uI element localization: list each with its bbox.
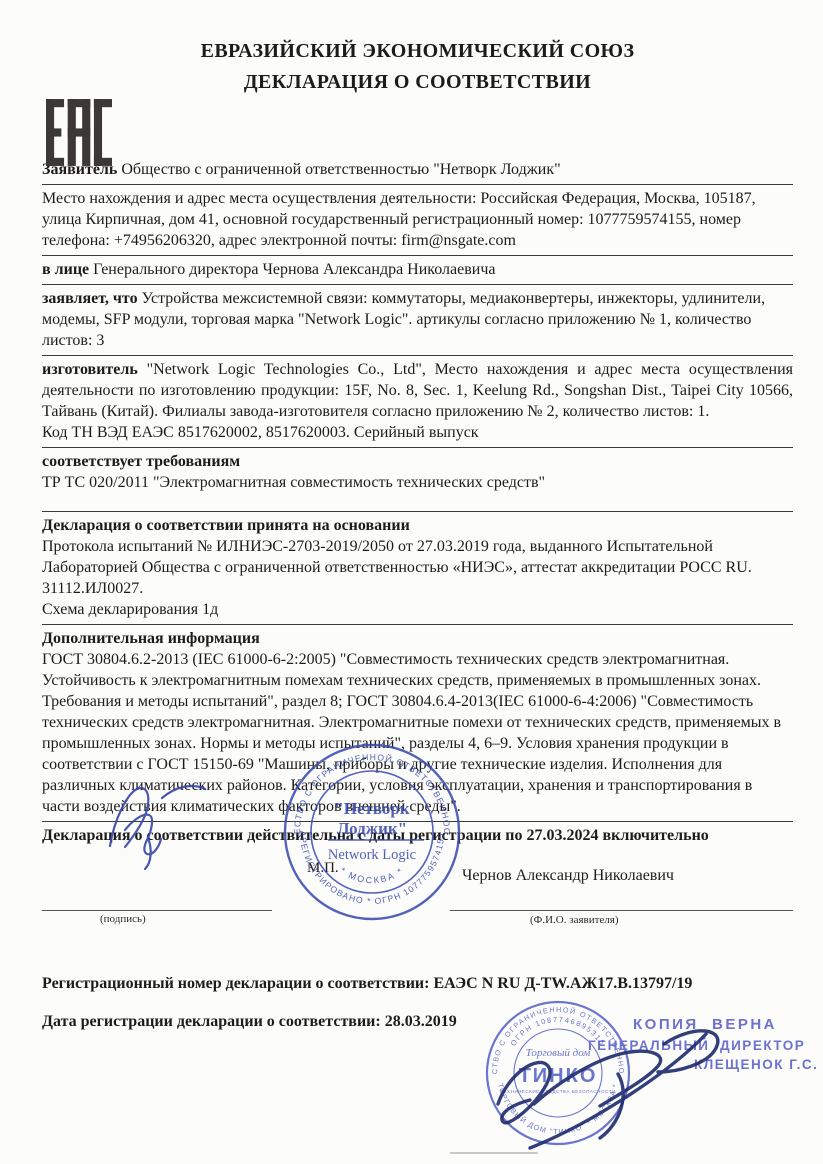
fio-caption: (Ф.И.О. заявителя): [530, 914, 619, 926]
company-round-stamp: ОБЩЕСТВО С ОГРАНИЧЕННОЙ ОТВЕТСТВЕННОСТЬЮ…: [277, 737, 467, 927]
complies-text: ТР ТС 020/2011 "Электромагнитная совмест…: [42, 472, 793, 493]
address-text: Место нахождения и адрес места осуществл…: [42, 188, 793, 251]
registration-date-value: 28.03.2019: [381, 1013, 457, 1030]
scheme-text: Схема декларирования 1д: [42, 599, 793, 620]
applicant-signature: [92, 776, 252, 871]
applicant-signature-strokes: [110, 786, 205, 869]
applicant-section: Заявитель Общество с ограниченной ответс…: [42, 156, 793, 185]
applicant-text: Общество с ограниченной ответственностью…: [117, 161, 560, 178]
declares-section: заявляет, что Устройства межсистемной св…: [42, 285, 793, 356]
company-stamp-city: * МОСКВА *: [338, 865, 405, 885]
company-stamp-name-line2: Лоджик": [337, 819, 407, 838]
director-signature-strokes: [498, 1031, 718, 1148]
in-person-text: Генерального директора Чернова Александр…: [89, 261, 495, 278]
complies-label: соответствует требованиям: [42, 453, 240, 470]
manufacturer-text: "Network Logic Technologies Co., Ltd", М…: [42, 361, 793, 420]
in-person-label: в лице: [42, 261, 89, 278]
company-stamp-name-line1: "Нетворк: [334, 799, 410, 818]
registration-number-row: Регистрационный номер декларации о соотв…: [42, 973, 793, 994]
in-person-section: в лице Генерального директора Чернова Ал…: [42, 256, 793, 285]
registration-number-value: ЕАЭС N RU Д-TW.АЖ17.В.13797/19: [429, 975, 692, 992]
declares-label: заявляет, что: [42, 290, 138, 307]
document-title-block: ЕВРАЗИЙСКИЙ ЭКОНОМИЧЕСКИЙ СОЮЗ ДЕКЛАРАЦИ…: [42, 36, 793, 98]
basis-label: Декларация о соответствии принята на осн…: [42, 517, 410, 534]
basis-section: Декларация о соответствии принята на осн…: [42, 512, 793, 625]
doc-title: ДЕКЛАРАЦИЯ О СООТВЕТСТВИИ: [42, 67, 793, 98]
director-signature: [468, 1012, 798, 1162]
company-stamp-name-line3: Network Logic: [328, 847, 416, 863]
registration-date-label: Дата регистрации декларации о соответств…: [42, 1013, 381, 1030]
additional-label: Дополнительная информация: [42, 630, 260, 647]
signature-line: [42, 910, 272, 911]
manufacturer-label: изготовитель: [42, 361, 138, 378]
company-stamp-texts: ОБЩЕСТВО С ОГРАНИЧЕННОЙ ОТВЕТСТВЕННОСТЬЮ…: [292, 752, 452, 906]
fio-value: Чернов Александр Николаевич: [462, 867, 674, 885]
declaration-document: ЕВРАЗИЙСКИЙ ЭКОНОМИЧЕСКИЙ СОЮЗ ДЕКЛАРАЦИ…: [0, 0, 823, 1164]
signature-caption: (подпись): [100, 913, 146, 925]
address-section: Место нахождения и адрес места осуществл…: [42, 185, 793, 256]
eac-mark-icon: [46, 99, 112, 166]
eac-mark-letters: [46, 99, 112, 166]
tnved-text: Код ТН ВЭД ЕАЭС 8517620002, 8517620003. …: [42, 422, 793, 443]
fio-line: [450, 910, 793, 911]
registration-number-label: Регистрационный номер декларации о соотв…: [42, 975, 429, 992]
declares-text: Устройства межсистемной связи: коммутато…: [42, 290, 765, 349]
compliance-section: соответствует требованиям ТР ТС 020/2011…: [42, 448, 793, 512]
union-title: ЕВРАЗИЙСКИЙ ЭКОНОМИЧЕСКИЙ СОЮЗ: [42, 36, 793, 67]
basis-text: Протокола испытаний № ИЛНИЭС-2703-2019/2…: [42, 536, 793, 599]
manufacturer-section: изготовитель "Network Logic Technologies…: [42, 356, 793, 448]
